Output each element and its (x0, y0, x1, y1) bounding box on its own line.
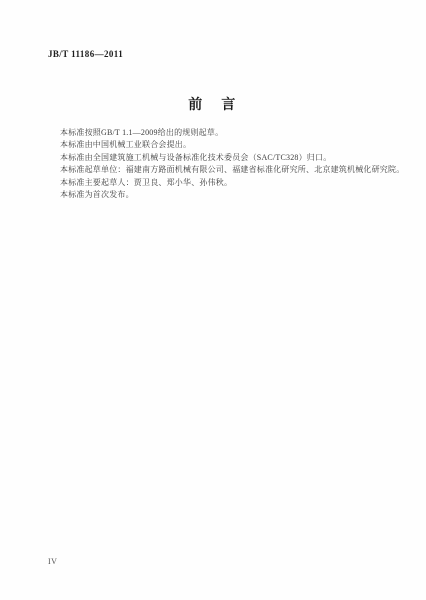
page-title: 前 言 (0, 94, 426, 114)
document-page: JB/T 11186—2011 前 言 本标准按照GB/T 1.1—2009给出… (0, 0, 426, 600)
page-number: IV (48, 557, 57, 566)
foreword-line: 本标准由中国机械工业联合会提出。 (48, 139, 390, 151)
foreword-line: 本标准为首次发布。 (48, 189, 390, 201)
foreword-body: 本标准按照GB/T 1.1—2009给出的规则起草。 本标准由中国机械工业联合会… (48, 127, 390, 201)
standard-number-header: JB/T 11186—2011 (48, 49, 123, 59)
foreword-line: 本标准主要起草人：贾卫良、郑小华、孙伟秋。 (48, 177, 390, 189)
foreword-line: 本标准按照GB/T 1.1—2009给出的规则起草。 (48, 127, 390, 139)
foreword-line: 本标准由全国建筑施工机械与设备标准化技术委员会（SAC/TC328）归口。 (48, 152, 390, 164)
foreword-line: 本标准起草单位：福建南方路面机械有限公司、福建省标准化研究所、北京建筑机械化研究… (48, 164, 390, 176)
